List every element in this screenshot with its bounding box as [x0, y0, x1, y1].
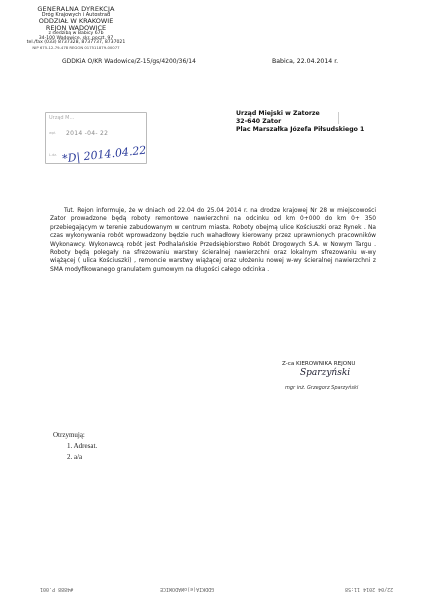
fax-datetime: 22/04 2014 11:58	[345, 586, 393, 592]
handwritten-signature: Sparzyński	[300, 368, 350, 378]
recipient-name: Urząd Miejski w Zatorze	[236, 110, 364, 118]
signatory-name: mgr inż. Grzegorz Sparzyński	[285, 385, 358, 391]
letterhead-nip: NIP 675-12-79-478 REGON 017511879-00077	[6, 46, 146, 50]
recipients-list: Otrzymują: 1. Adresat. 2. a/a	[53, 430, 97, 464]
letter-body: Tut. Rejon informuje, że w dniach od 22.…	[50, 207, 376, 274]
stamp-date: 2014 -04- 22	[66, 130, 108, 137]
stamp-label-no: L.dz.	[49, 153, 57, 157]
recipients-heading: Otrzymują:	[53, 430, 97, 441]
fax-job: #4888 P.001	[40, 586, 73, 592]
fax-sender: GDDKIA(e)oWADOWICE	[160, 586, 214, 592]
recipient-city: 32-640 Zator	[236, 118, 364, 126]
place-date: Babica, 22.04.2014 r.	[272, 58, 338, 65]
stamp-label-in: wpł.	[49, 131, 56, 135]
recipient-address: Urząd Miejski w Zatorze 32-640 Zator Pla…	[236, 110, 364, 134]
recipient-item: 2. a/a	[53, 452, 97, 463]
body-paragraph: Tut. Rejon informuje, że w dniach od 22.…	[50, 207, 376, 274]
reference-number: GDDKiA O/KR Wadowice/Z-15/gs/4200/36/14	[62, 58, 196, 65]
signature-title: Z-ca KIEROWNIKA REJONU	[282, 361, 355, 367]
recipient-street: Plac Marszałka Józefa Piłsudskiego 1	[236, 126, 364, 134]
stamp-office: Urząd M...	[49, 115, 74, 121]
recipient-item: 1. Adresat.	[53, 441, 97, 452]
letterhead-stamp: GENERALNA DYREKCJA Dróg Krajowych i Auto…	[6, 6, 146, 50]
